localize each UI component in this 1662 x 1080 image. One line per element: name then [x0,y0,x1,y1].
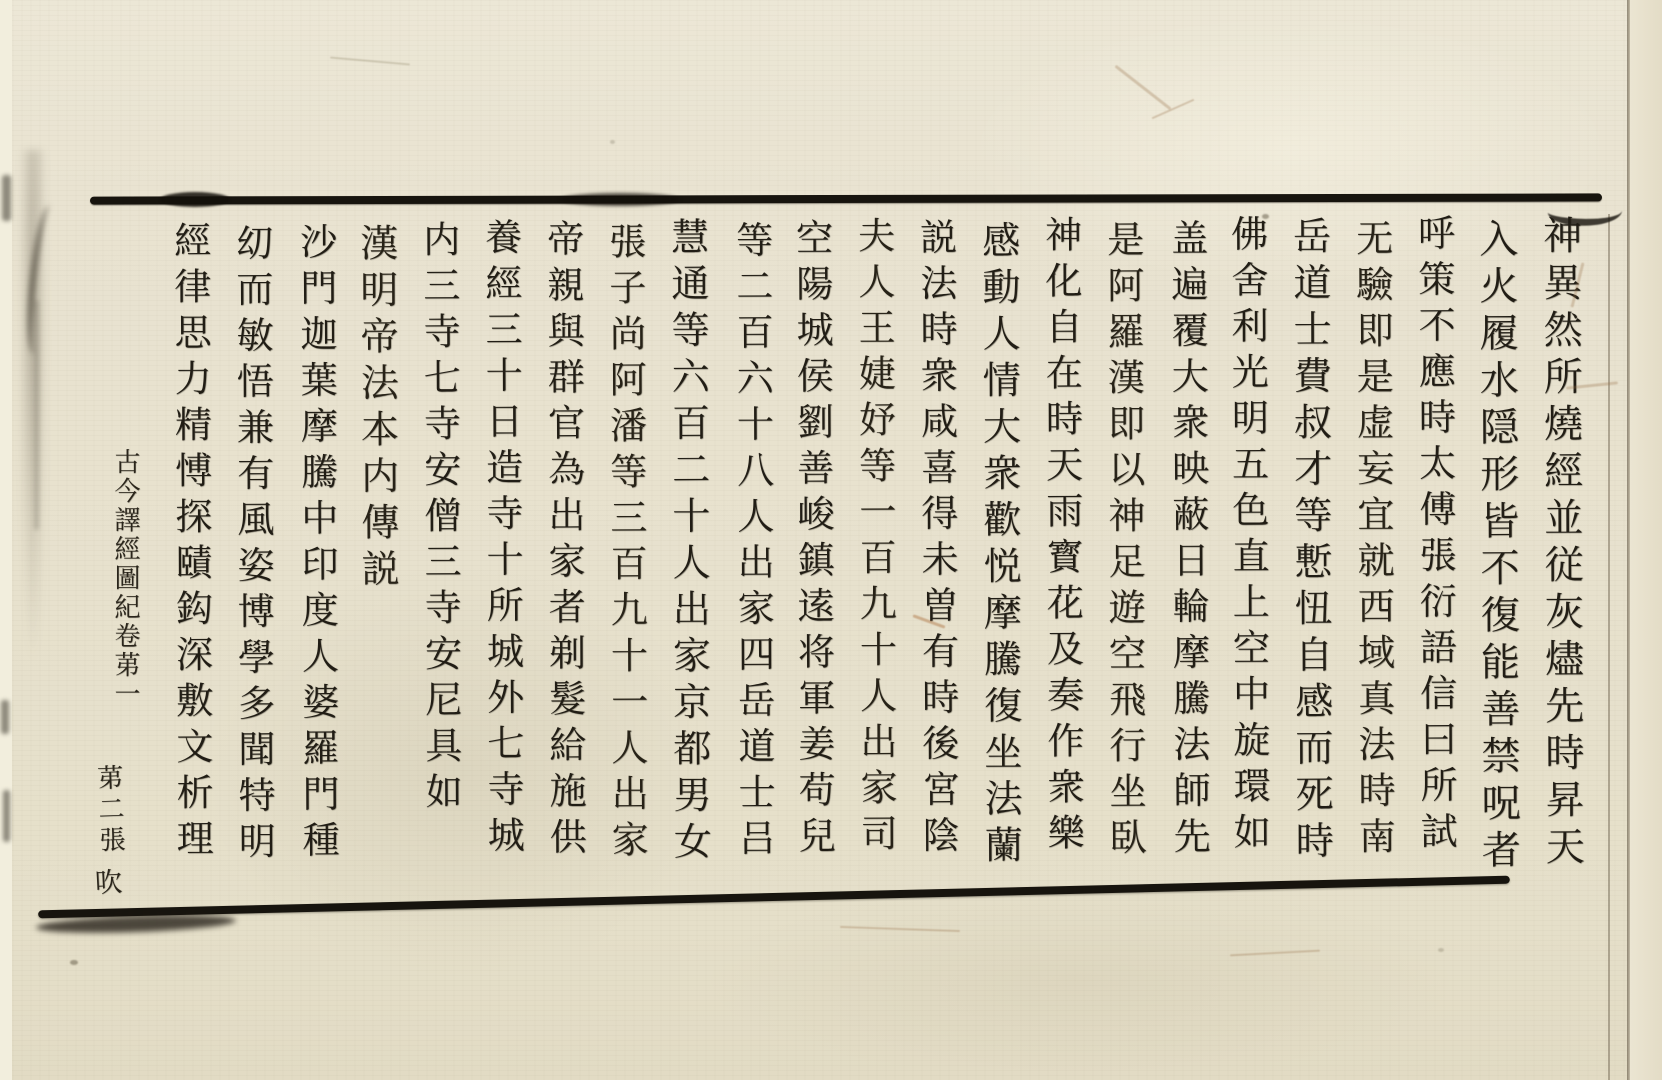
text-column: 感動人情大衆歡悦摩騰復坐法蘭 [978,220,1019,888]
adjacent-sheet-edge [0,0,12,1080]
paper-fleck [1262,214,1269,219]
case-mark-label: 吹 [91,867,119,895]
text-column: 㓜而敏悟兼有風姿博學多聞特明 [232,224,272,892]
ink-bleed-mark [2,175,11,221]
paper-fleck [70,960,78,965]
right-page-margin [1630,0,1662,1080]
ink-blob [160,192,230,207]
ink-bleed-mark [1,700,9,734]
text-column: 説法時衆咸喜得未曽有時後宮陰 [916,218,956,886]
ink-blob [560,193,680,206]
text-column: 岳道士費叔才等慙忸自感而死時 [1289,216,1330,884]
text-column: 經律思力精愽探賾鈎深敷文析理 [170,221,210,889]
text-block: 神異然所燒經並従灰燼先時昇天 入火履水隠形皆不復能善禁呪者 呼策不應時太傅張衍語… [139,215,1582,889]
text-column: 沙門迦葉摩騰中印度人婆羅門種 [296,222,336,890]
text-column: 内三寺七寺安僧三寺安尼具如 [419,220,459,888]
text-column: 張子尚阿潘等三百九十一人出家 [605,222,645,890]
text-column: 佛舍利光明五色直上空中旋環如 [1227,214,1267,882]
text-column: 是阿羅漢即以神足遊空飛行坐臥 [1103,220,1143,888]
text-block-right-border [1608,214,1610,1080]
text-column: 神異然所燒經並従灰燼先時昇天 [1540,215,1582,883]
ink-bleed-mark [3,790,10,842]
paper-fleck [610,140,615,144]
text-column: 盖遍覆大衆映蔽日輪摩騰法師先 [1167,218,1207,886]
text-column: 神化自在時天雨寳花及奏作衆樂 [1041,215,1081,883]
sheet-number-label: 苐二張 [94,764,123,858]
text-column: 夫人王婕妤等一百九十人出家司 [854,216,894,884]
page-fold-line [1627,0,1630,1080]
text-column: 慧通等六百二十人出家京都男女 [667,217,708,885]
text-column: 呼策不應時太傅張衍語信曰所試 [1414,213,1454,881]
text-column: 漢明帝法本内傳説 [356,223,397,891]
text-column: 入火履水隠形皆不復能善禁呪者 [1476,218,1518,886]
scanned-page: 神異然所燒經並従灰燼先時昇天 入火履水隠形皆不復能善禁呪者 呼策不應時太傅張衍語… [0,0,1662,1080]
text-column: 帝親與群官為出家者剃髮給施供 [543,219,583,887]
text-column: 等二百六十八人出家四岳道士吕 [732,220,772,888]
paper-fleck [1438,948,1444,952]
volume-title-label: 古今譯經圖紀卷苐一 [112,448,138,709]
text-column: 空陽城侯劉善峻鎮逺将軍姜苟兒 [792,218,832,886]
text-column: 无驗即是虚妄宜就西域真法時南 [1352,219,1392,887]
ink-bleed-mark [34,300,39,530]
text-column: 養經三十日造寺十所城外七寺城 [481,217,521,885]
